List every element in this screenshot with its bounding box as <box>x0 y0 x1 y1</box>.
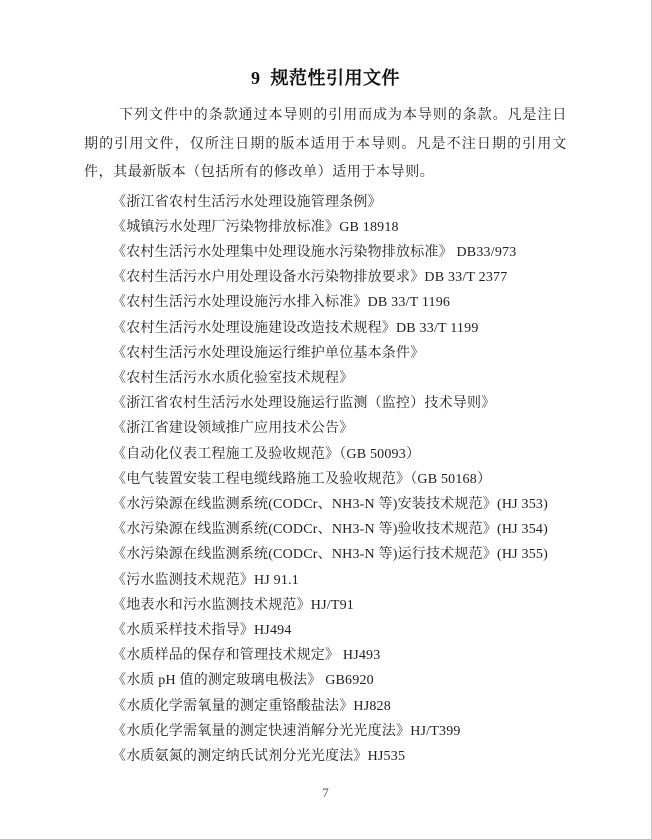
reference-item: 《农村生活污水处理设施运行维护单位基本条件》 <box>84 341 567 366</box>
reference-item: 《水污染源在线监测系统(CODCr、NH3-N 等)安装技术规范》(HJ 353… <box>84 492 567 517</box>
reference-item: 《水质化学需氧量的测定快速消解分光光度法》HJ/T399 <box>84 719 567 744</box>
reference-item: 《浙江省农村生活污水处理设施运行监测（监控）技术导则》 <box>84 391 567 416</box>
reference-item: 《电气装置安装工程电缆线路施工及验收规范》（GB 50168） <box>84 467 567 492</box>
page-title: 9规范性引用文件 <box>84 64 567 92</box>
reference-item: 《地表水和污水监测技术规范》HJ/T91 <box>84 593 567 618</box>
reference-item: 《水污染源在线监测系统(CODCr、NH3-N 等)验收技术规范》(HJ 354… <box>84 517 567 542</box>
reference-item: 《农村生活污水水质化验室技术规程》 <box>84 366 567 391</box>
reference-item: 《污水监测技术规范》HJ 91.1 <box>84 568 567 593</box>
reference-item: 《农村生活污水处理集中处理设施水污染物排放标准》 DB33/973 <box>84 240 567 265</box>
reference-item: 《农村生活污水处理设施污水排入标准》DB 33/T 1196 <box>84 290 567 315</box>
reference-item: 《水质氨氮的测定纳氏试剂分光光度法》HJ535 <box>84 744 567 769</box>
references-list: 《浙江省农村生活污水处理设施管理条例》 《城镇污水处理厂污染物排放标准》GB 1… <box>84 190 567 770</box>
reference-item: 《水污染源在线监测系统(CODCr、NH3-N 等)运行技术规范》(HJ 355… <box>84 542 567 567</box>
document-page: 9规范性引用文件 下列文件中的条款通过本导则的引用而成为本导则的条款。凡是注日期… <box>0 0 652 840</box>
section-title: 规范性引用文件 <box>271 68 401 88</box>
reference-item: 《浙江省农村生活污水处理设施管理条例》 <box>84 190 567 215</box>
intro-paragraph: 下列文件中的条款通过本导则的引用而成为本导则的条款。凡是注日期的引用文件，仅所注… <box>84 102 567 188</box>
reference-item: 《城镇污水处理厂污染物排放标准》GB 18918 <box>84 215 567 240</box>
page-number: 7 <box>0 785 651 801</box>
reference-item: 《水质 pH 值的测定玻璃电极法》 GB6920 <box>84 668 567 693</box>
reference-item: 《农村生活污水处理设施建设改造技术规程》DB 33/T 1199 <box>84 316 567 341</box>
reference-item: 《水质样品的保存和管理技术规定》 HJ493 <box>84 643 567 668</box>
reference-item: 《自动化仪表工程施工及验收规范》（GB 50093） <box>84 442 567 467</box>
reference-item: 《浙江省建设领域推广应用技术公告》 <box>84 416 567 441</box>
reference-item: 《水质采样技术指导》HJ494 <box>84 618 567 643</box>
reference-item: 《水质化学需氧量的测定重铬酸盐法》HJ828 <box>84 694 567 719</box>
reference-item: 《农村生活污水户用处理设备水污染物排放要求》DB 33/T 2377 <box>84 265 567 290</box>
section-number: 9 <box>251 68 261 88</box>
